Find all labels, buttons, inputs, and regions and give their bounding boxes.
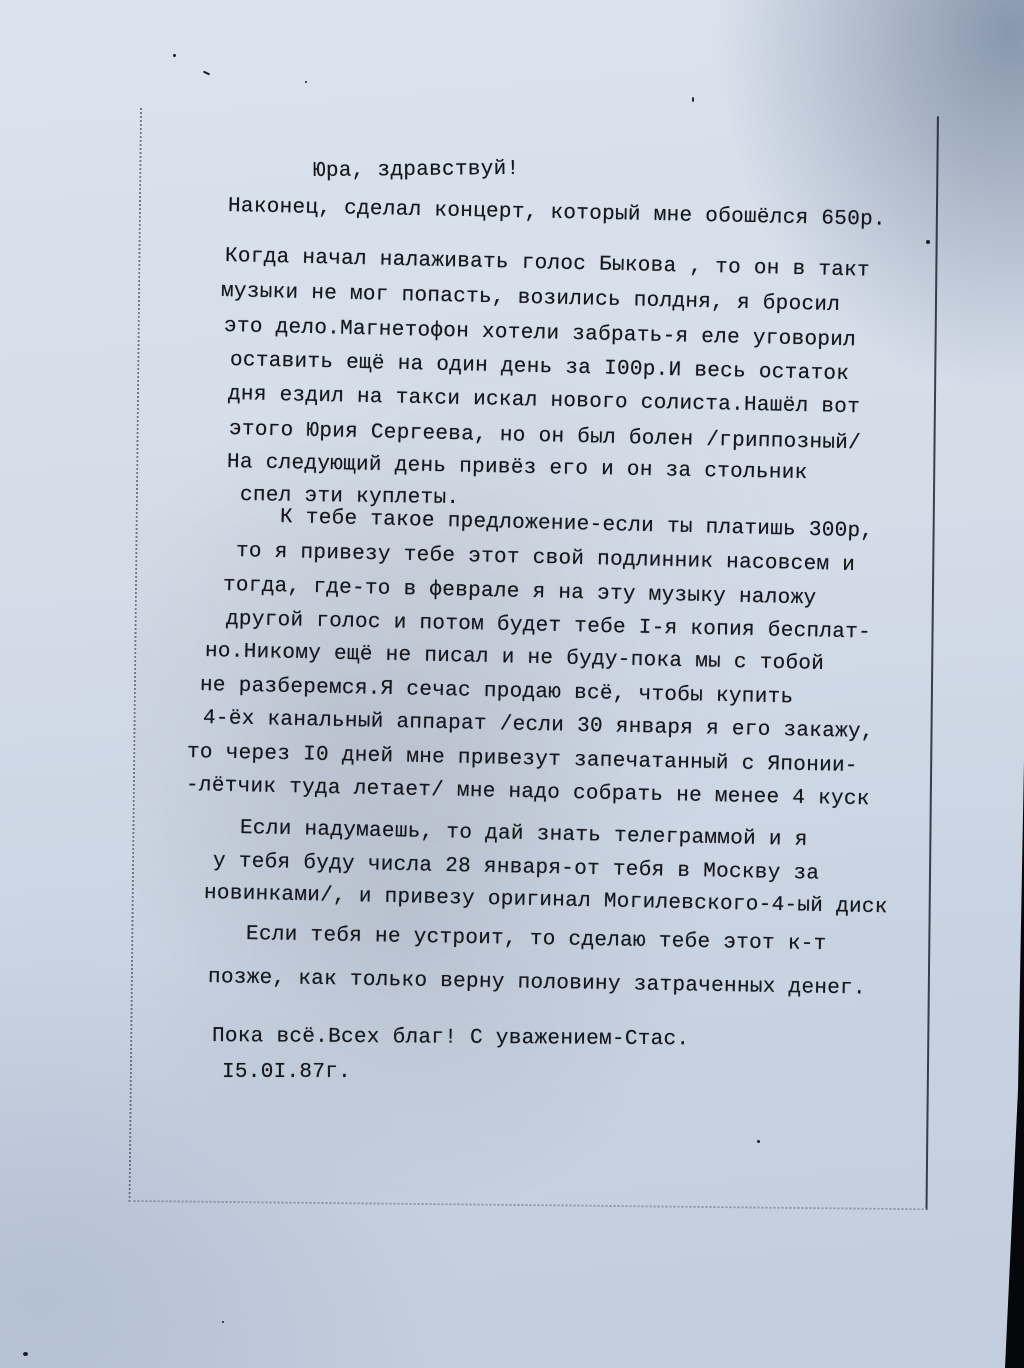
letter-line: 4-ёх канальный аппарат /если 30 января я… — [203, 707, 874, 744]
letter-line: этого Юрия Сергеева, но он был болен /гр… — [229, 418, 862, 455]
toner-speck — [23, 1352, 28, 1356]
letter-line: музыки не мог попасть, возились полдня, … — [221, 280, 841, 317]
letter-line: но.Никому ещё не писал и не буду-пока мы… — [205, 640, 825, 676]
letter-line: не разберемся.Я сечас продаю всё, чтобы … — [200, 674, 794, 709]
letter-line: другой голос и потом будет тебе I-я копи… — [226, 608, 871, 645]
letter-line: Наконец, сделал концерт, который мне обо… — [228, 195, 886, 232]
letter-line: -лётчик туда летает/ мне надо собрать не… — [186, 774, 870, 811]
letter-line: Когда начал налаживать голос Быкова , то… — [225, 245, 870, 283]
letter-line: дня ездил на такси искал нового солиста.… — [228, 383, 861, 419]
letter-line: тогда, где-то в феврале я на эту музыку … — [223, 574, 817, 610]
letter-line: то через I0 дней мне привезут запечатанн… — [187, 741, 858, 778]
toner-speck — [222, 1321, 224, 1323]
toner-speck — [305, 81, 307, 83]
letter-line: спел эти куплеты. — [240, 484, 460, 510]
letter-line: Если тебя не устроит, то сделаю тебе это… — [246, 923, 827, 956]
toner-speck — [692, 97, 694, 102]
letter-greeting: Юра, здравствуй! — [313, 158, 520, 183]
letter-line: оставить ещё на один день за I00р.И весь… — [230, 349, 850, 386]
toner-speck — [926, 240, 930, 244]
letter-line: это дело.Магнетофон хотели забрать-я еле… — [224, 315, 857, 352]
letter-date: I5.0I.87г. — [222, 1061, 351, 1084]
letter-signature: Пока всё.Всех благ! С уважением-Стас. — [212, 1025, 690, 1051]
letter-line: позже, как только верну половину затраче… — [208, 966, 866, 1000]
letter-line: новинками/, и привезу оригинал Могилевск… — [204, 882, 888, 919]
toner-speck — [173, 54, 176, 57]
letter-line: К тебе такое предложение-если ты платишь… — [280, 506, 874, 543]
letter-line: то я привезу тебе этот свой подлинник на… — [236, 540, 856, 577]
letter-line: у тебя буду числа 28 января-от тебя в Мо… — [213, 850, 820, 886]
letter-line: На следующий день привёз его и он за сто… — [227, 451, 808, 485]
letter-line: Если надумаешь, то дай знать телеграммой… — [240, 817, 808, 852]
typewritten-letter: Юра, здравствуй! Наконец, сделал концерт… — [0, 0, 1024, 1368]
toner-speck — [757, 1140, 760, 1143]
